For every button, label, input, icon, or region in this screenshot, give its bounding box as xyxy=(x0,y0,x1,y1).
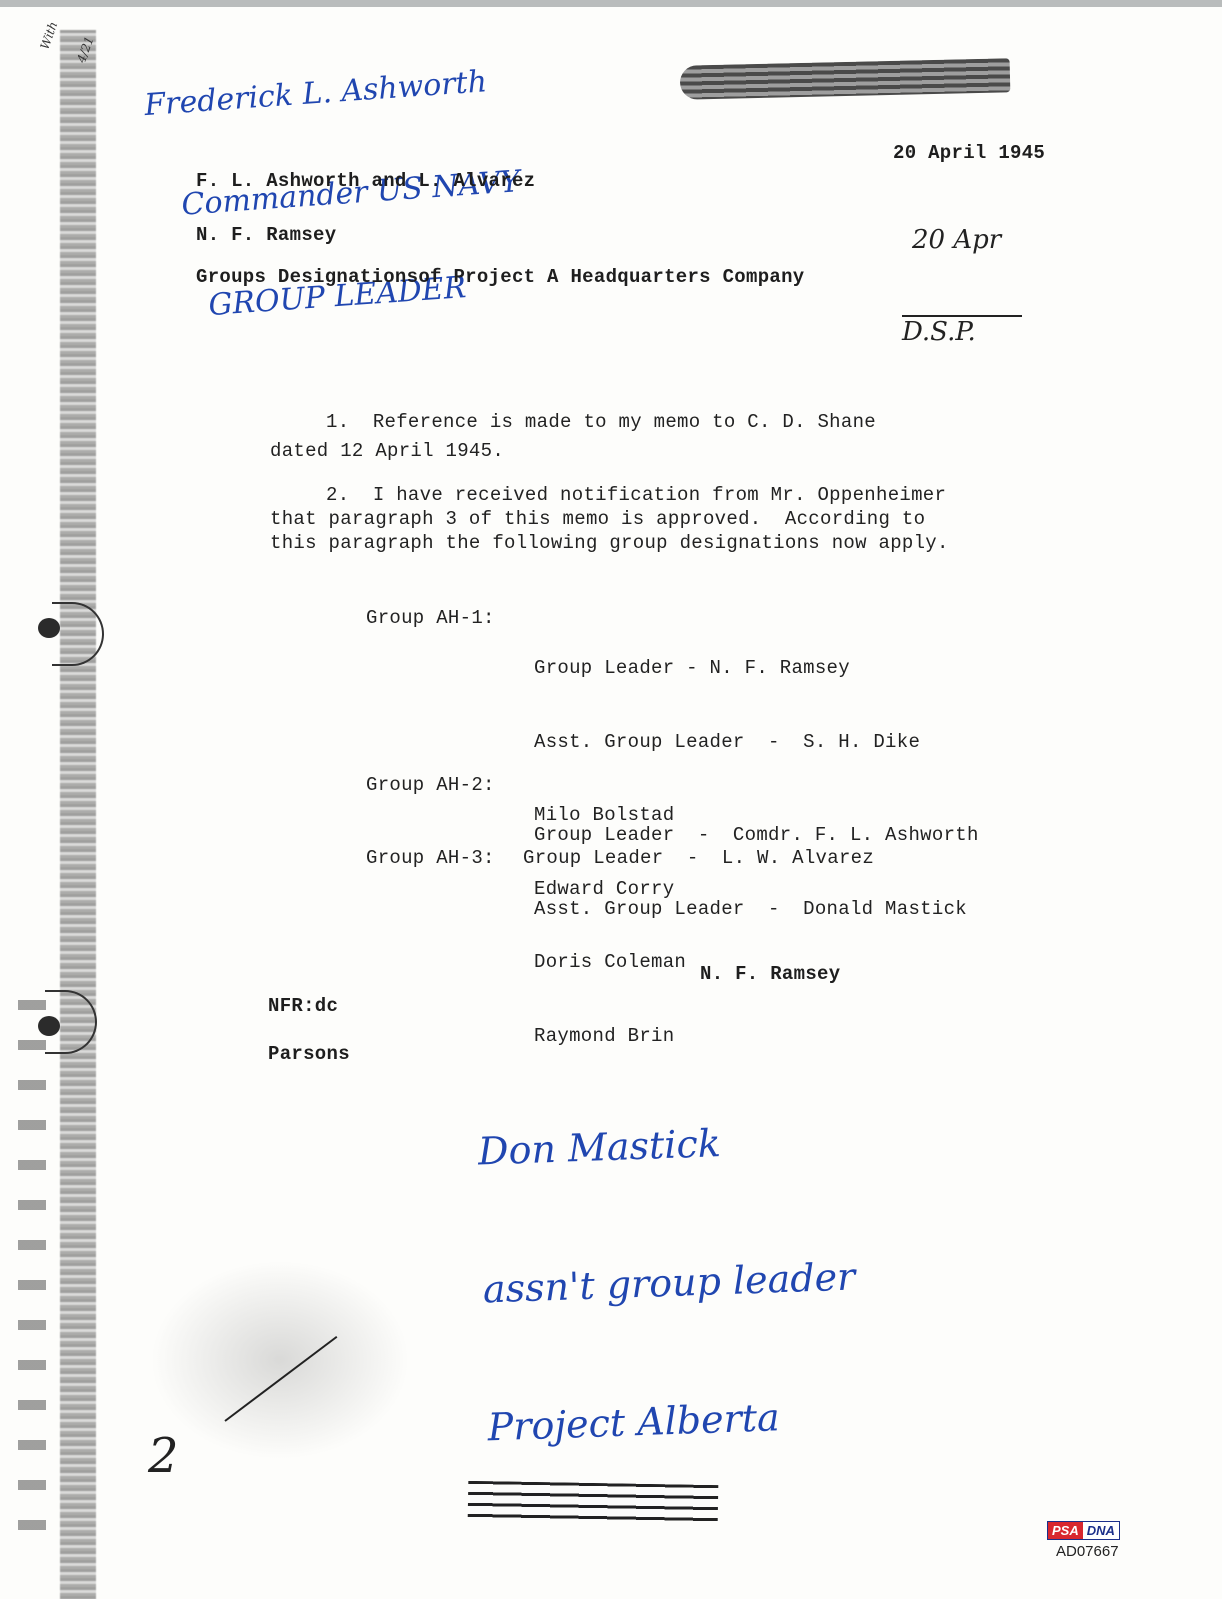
paragraph-text: this paragraph the following group desig… xyxy=(270,532,949,554)
margin-note-line: 4/21 xyxy=(75,33,97,64)
scan-top-edge xyxy=(0,0,1222,7)
signature-name: N. F. Ramsey xyxy=(700,963,840,985)
paragraph-1-number: 1. Reference is made to my memo to C. D.… xyxy=(326,411,876,433)
margin-note-line: With xyxy=(38,20,60,51)
scan-shadow-strip xyxy=(60,30,96,1599)
group-ah3-label: Group AH-3: xyxy=(366,847,495,869)
punch-hole-ring xyxy=(52,602,104,666)
redacted-classification-stamp xyxy=(468,1481,719,1523)
paragraph-text: that paragraph 3 of this memo is approve… xyxy=(270,508,925,530)
group-ah1-label: Group AH-1: xyxy=(366,607,495,629)
group-member: Group Leader - Comdr. F. L. Ashworth xyxy=(534,823,979,848)
group-ah2-label: Group AH-2: xyxy=(366,774,495,796)
carbon-copy: Parsons xyxy=(268,1043,350,1065)
handwritten-project: Project Alberta xyxy=(487,1391,861,1450)
paragraph-text: dated 12 April 1945. xyxy=(270,440,504,462)
paragraph-2-number: 2. I have received notification from Mr.… xyxy=(326,484,946,506)
handwritten-initials: D.S.P. xyxy=(902,315,1022,347)
group-member: Group Leader - N. F. Ramsey xyxy=(534,656,920,681)
memo-date: 20 April 1945 xyxy=(893,142,1045,164)
memo-from: N. F. Ramsey xyxy=(196,224,336,246)
scan-noise xyxy=(150,1260,410,1460)
psa-logo-text: PSA xyxy=(1048,1522,1083,1539)
paragraph-text: I have received notification from Mr. Op… xyxy=(373,484,946,506)
redacted-classification-stamp xyxy=(680,58,1011,99)
group-member: Group Leader - L. W. Alvarez xyxy=(523,847,874,869)
handwritten-date-initials: 20 Apr D.S.P. xyxy=(902,165,1022,377)
reference-initials: NFR:dc xyxy=(268,995,338,1017)
psa-dna-logo: PSA DNA xyxy=(1047,1521,1120,1540)
paragraph-number: 2. xyxy=(326,484,349,506)
paragraph-text: Reference is made to my memo to C. D. Sh… xyxy=(373,411,876,433)
handwritten-mark: 2 xyxy=(148,1428,179,1484)
certificate-number: AD07667 xyxy=(1056,1543,1119,1560)
memo-to: F. L. Ashworth and L. Alvarez xyxy=(196,170,535,192)
handwritten-role: assn't group leader xyxy=(482,1254,856,1313)
memo-subject: Groups Designationsof Project A Headquar… xyxy=(196,266,805,288)
handwritten-name: Don Mastick xyxy=(477,1116,851,1175)
group-member: Asst. Group Leader - S. H. Dike xyxy=(534,730,920,755)
group-member: Asst. Group Leader - Donald Mastick xyxy=(534,897,979,922)
paragraph-number: 1. xyxy=(326,411,349,433)
handwritten-name: Frederick L. Ashworth xyxy=(143,63,514,123)
dna-logo-text: DNA xyxy=(1083,1522,1119,1539)
handwritten-footer: Don Mastick assn't group leader Project … xyxy=(474,1024,862,1497)
scan-binding-marks xyxy=(18,1000,46,1560)
handwritten-date: 20 Apr xyxy=(912,225,1022,255)
